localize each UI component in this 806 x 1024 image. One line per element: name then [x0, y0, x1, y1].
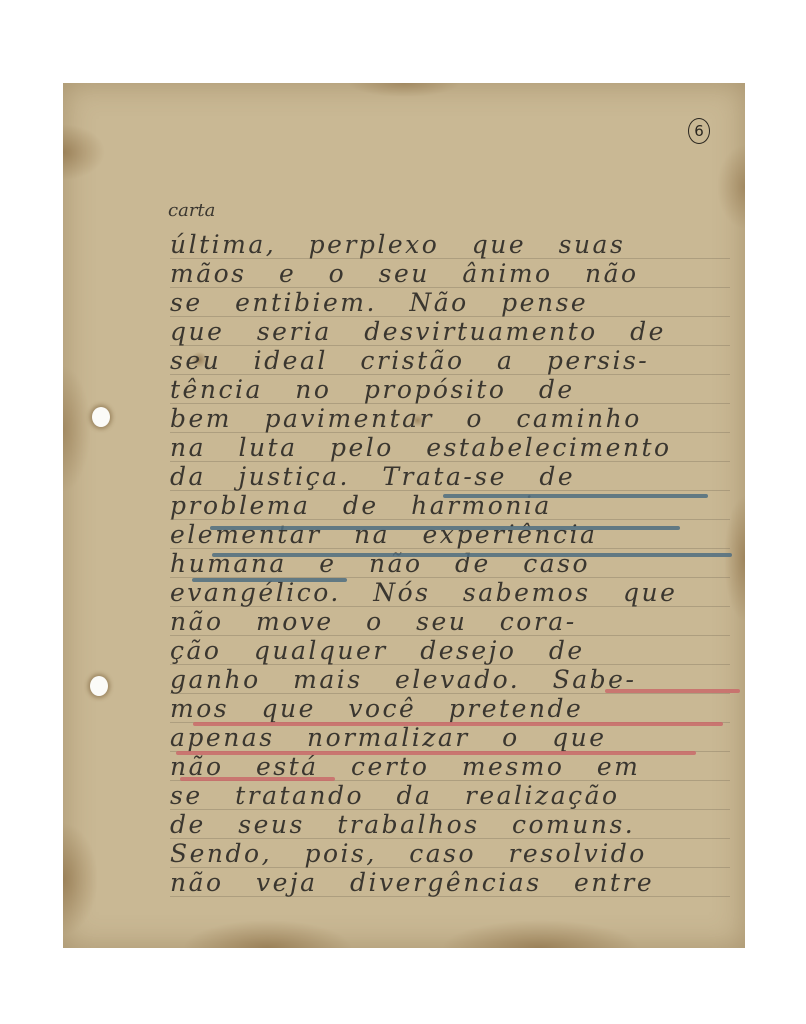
handwritten-line: bem pavimentar o caminho	[170, 404, 740, 433]
handwritten-line: mãos e o seu ânimo não	[170, 259, 740, 288]
red-underline	[176, 751, 696, 755]
handwritten-line: elementar na experiência	[170, 520, 740, 549]
blue-underline	[212, 553, 732, 557]
handwritten-line: evangélico. Nós sabemos que	[170, 578, 740, 607]
blue-underline	[443, 494, 708, 498]
handwritten-line: de seus trabalhos comuns.	[170, 810, 740, 839]
blue-underline	[192, 578, 347, 582]
handwritten-line: da justiça. Trata-se de	[170, 462, 740, 491]
handwritten-line: última, perplexo que suas	[170, 230, 740, 259]
handwritten-line: que seria desvirtuamento de	[170, 317, 740, 346]
handwritten-line: não veja divergências entre	[170, 868, 740, 897]
handwritten-line: mos que você pretende	[170, 694, 740, 723]
red-underline	[605, 689, 740, 693]
insertion-word: carta	[168, 200, 215, 221]
punch-hole-bottom	[90, 676, 108, 696]
handwritten-line: ção qualquer desejo de	[170, 636, 740, 665]
punch-hole-top	[92, 407, 110, 427]
page-number: 6	[688, 118, 710, 144]
handwritten-line: na luta pelo estabelecimento	[170, 433, 740, 462]
handwritten-line: apenas normalizar o que	[170, 723, 740, 752]
handwritten-line: seu ideal cristão a persis-	[170, 346, 740, 375]
red-underline	[193, 722, 723, 726]
blue-underline	[210, 526, 680, 530]
handwritten-line: se entibiem. Não pense	[170, 288, 740, 317]
red-underline	[180, 777, 335, 781]
handwritten-line: não move o seu cora-	[170, 607, 740, 636]
handwritten-line: se tratando da realização	[170, 781, 740, 810]
handwritten-line: tência no propósito de	[170, 375, 740, 404]
handwritten-line: Sendo, pois, caso resolvido	[170, 839, 740, 868]
